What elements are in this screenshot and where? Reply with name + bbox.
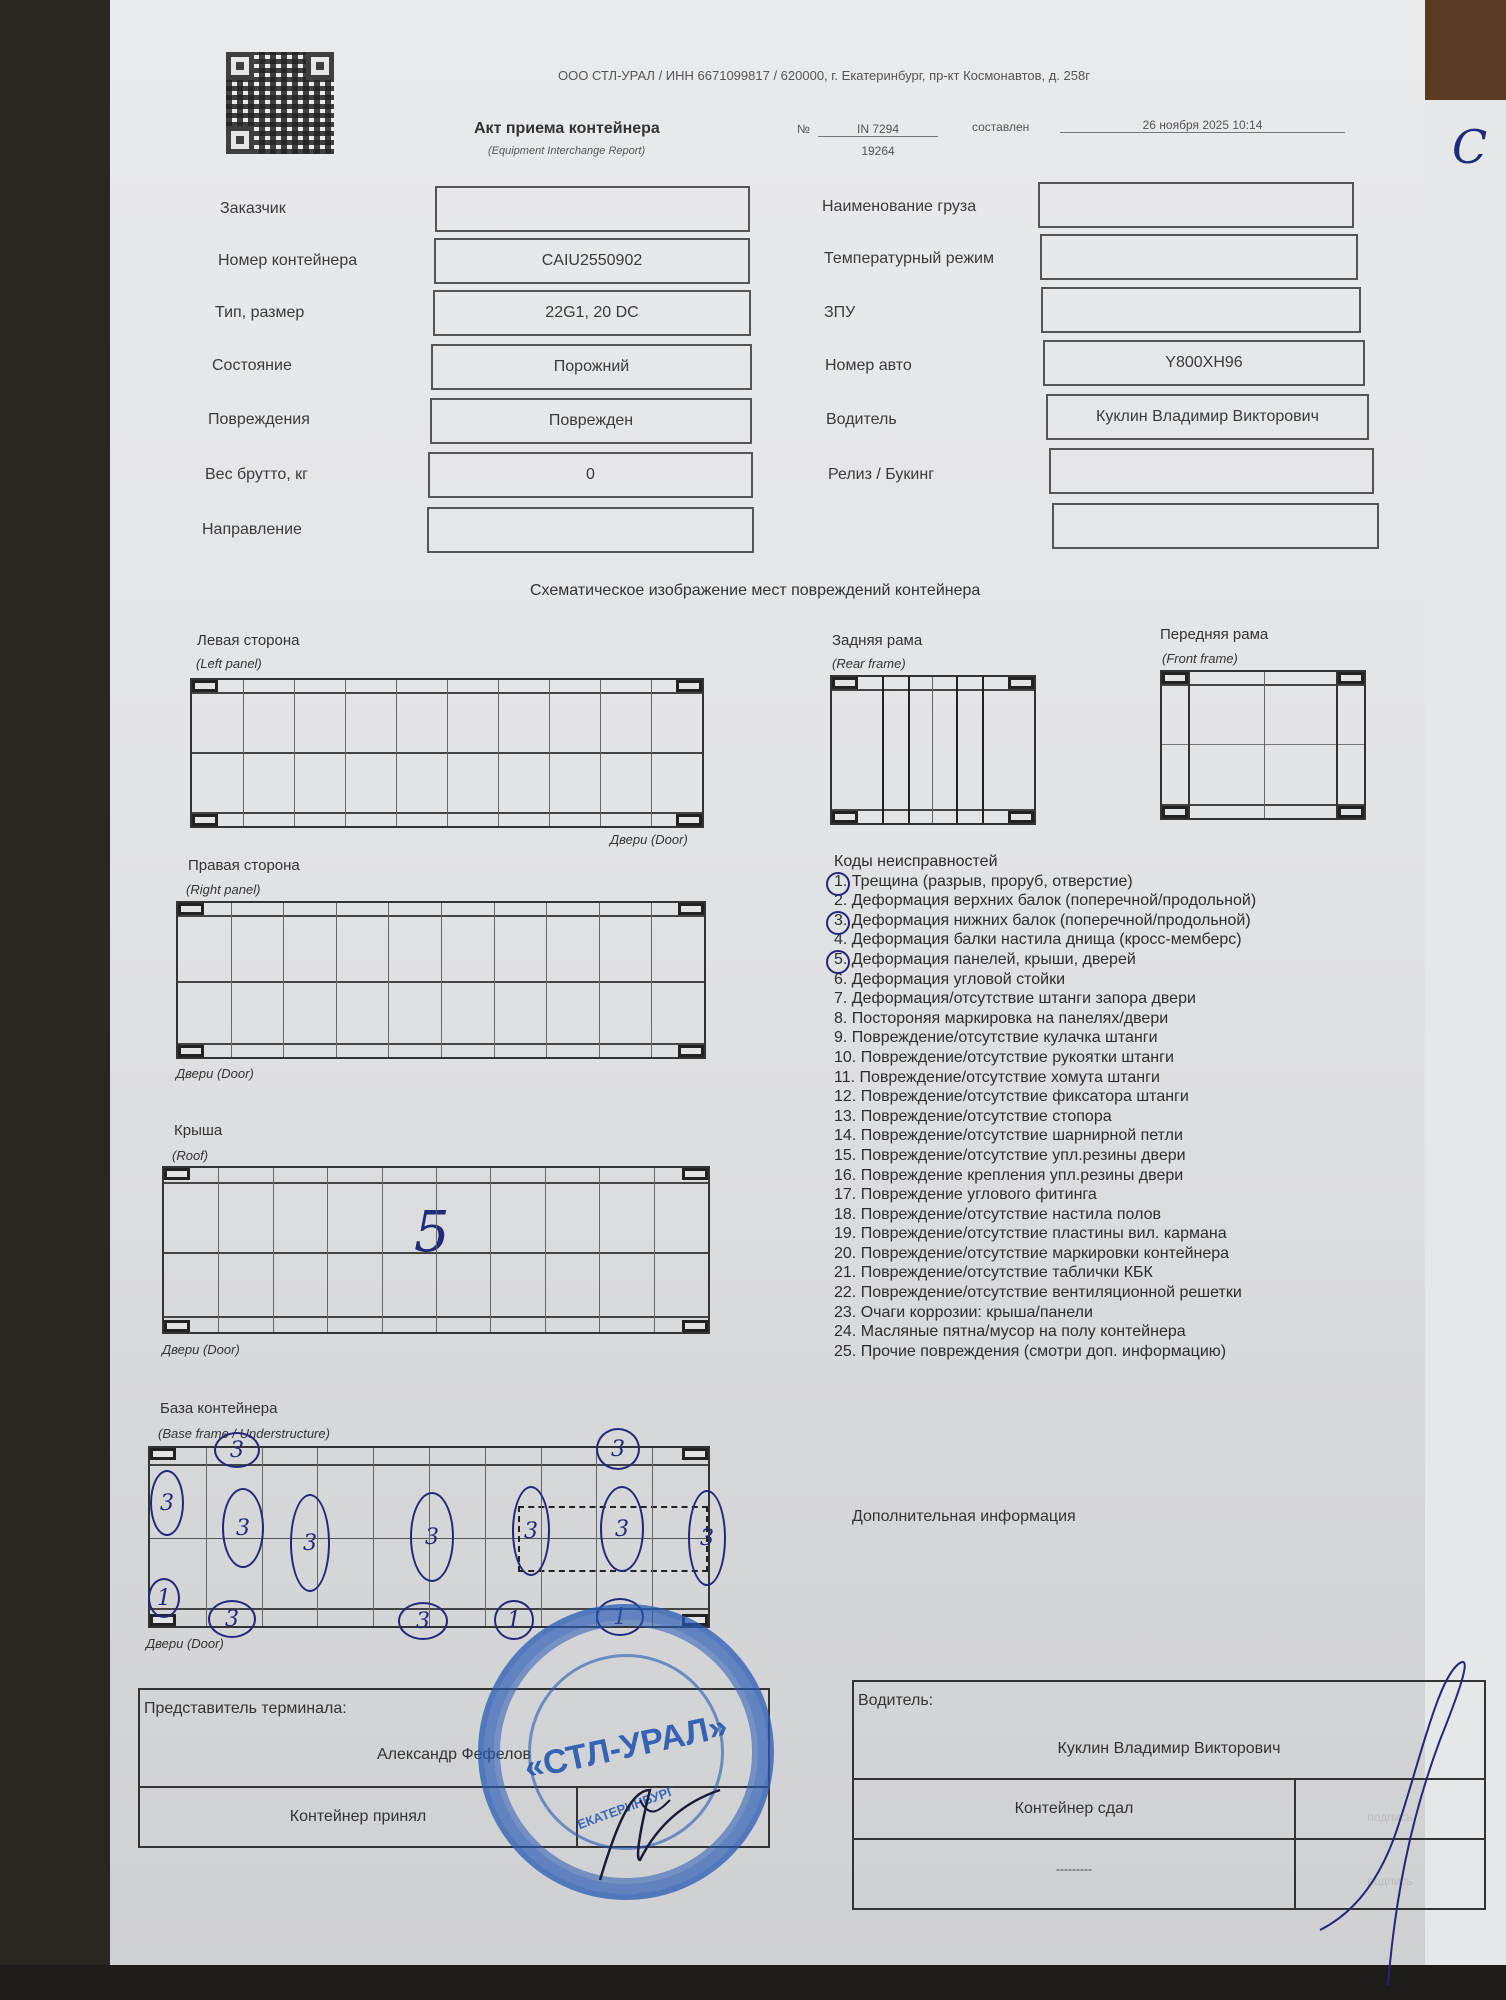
handwritten-signatures	[0, 0, 1506, 2000]
